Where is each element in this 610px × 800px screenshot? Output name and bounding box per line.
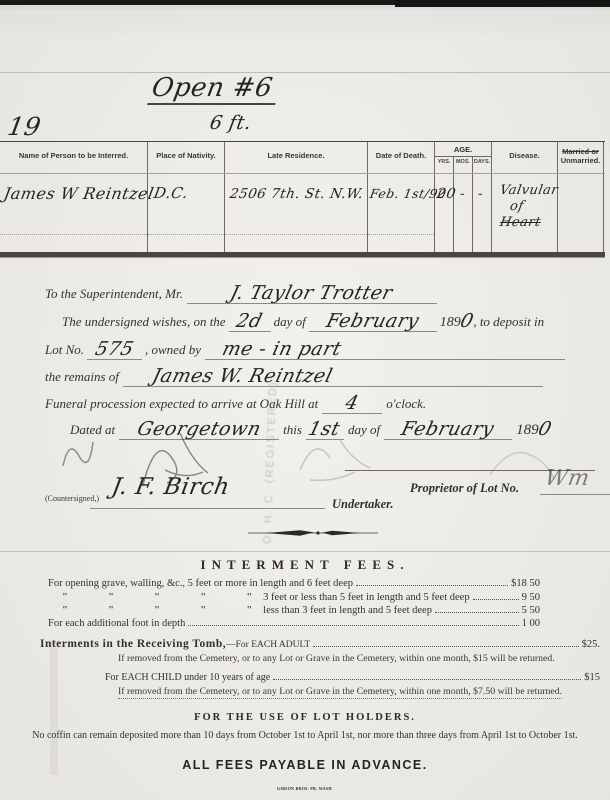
proprietor-label: Proprietor of Lot No. <box>410 481 519 496</box>
hour-blank: 4 <box>322 391 382 414</box>
child-fee-line: For EACH CHILD under 10 years of age $15 <box>105 672 600 683</box>
col-header-disease: Disease. <box>492 142 558 173</box>
lot-holders-title: FOR THE USE OF LOT HOLDERS. <box>0 712 610 723</box>
col-header-days: DAYS. <box>473 157 491 173</box>
table-record-row: James W Reintzel D.C. 2506 7th. St. N.W.… <box>0 174 605 252</box>
cell-death: Feb. 1st/90 <box>368 174 435 252</box>
cell-nativity: D.C. <box>148 174 225 252</box>
scan-edge-top-right <box>395 0 610 7</box>
receiving-tomb-line: Interments in the Receiving Tomb, —For E… <box>40 638 600 650</box>
countersigned-label: (Countersigned,) <box>45 494 99 503</box>
handwritten-remains-name: James W. Reintzel <box>150 365 335 387</box>
printed-year: 189 <box>440 315 461 331</box>
cell-age-yrs: 20 <box>435 174 454 252</box>
letter-line-lot: Lot No. 575 , owned by me - in part <box>45 337 565 360</box>
swelled-rule-divider <box>248 528 378 538</box>
writing-line <box>225 234 367 235</box>
cell-age-mos: - <box>454 174 473 252</box>
cell-married <box>558 174 604 252</box>
writing-line <box>148 234 224 235</box>
handwritten-month: February <box>324 310 422 332</box>
proprietor-signature: Wm <box>543 466 592 491</box>
lot-number-blank: 575 <box>87 337 142 360</box>
to-superintendent-label: To the Superintendent, Mr. <box>45 286 183 302</box>
letter-line-remains: the remains of James W. Reintzel <box>45 364 543 387</box>
dotted-leader <box>313 646 578 647</box>
receiving-tomb-label: Interments in the Receiving Tomb, <box>40 638 226 650</box>
pencil-scribble <box>55 428 135 478</box>
interment-record-table: Name of Person to be Interred. Place of … <box>0 141 605 255</box>
remains-blank: James W. Reintzel <box>123 364 543 387</box>
fee-line-2: " " " " " 3 feet or less than 5 feet in … <box>62 592 540 603</box>
month-blank: February <box>309 309 437 332</box>
handwritten-day: 2d <box>234 310 265 332</box>
col-header-mos: MOS. <box>454 157 473 173</box>
col-header-married: Married or Unmarried. <box>558 142 604 173</box>
fee-line-3: " " " " " less than 3 feet in length and… <box>62 605 540 616</box>
remains-label: the remains of <box>45 369 119 385</box>
letter-line-procession: Funeral procession expected to arrive at… <box>45 391 426 414</box>
handwritten-open-number: Open #6 <box>147 73 281 105</box>
undertaker-label: Undertaker. <box>332 497 393 512</box>
lot-holders-note: No coffin can remain deposited more than… <box>0 730 610 741</box>
col-header-nativity: Place of Nativity. <box>148 142 225 173</box>
pencil-scribble-faint <box>290 420 390 490</box>
cell-name: James W Reintzel <box>0 174 148 252</box>
proprietor-sig-line <box>540 494 610 495</box>
fee-line-1: For opening grave, walling, &c., 5 feet … <box>48 578 540 589</box>
undertaker-signature: J. F. Birch <box>110 474 232 500</box>
owned-by-blank: me - in part <box>205 337 565 360</box>
fee-line-4: For each additional foot in depth 1 00 <box>48 618 540 629</box>
cell-residence: 2506 7th. St. N.W. <box>225 174 368 252</box>
tomb-note-adult: If removed from the Cemetery, or to any … <box>118 653 555 664</box>
dotted-leader <box>473 599 519 600</box>
table-header-row: Name of Person to be Interred. Place of … <box>0 142 605 174</box>
handwritten-superintendent-name: J. Taylor Trotter <box>228 282 395 304</box>
all-fees-notice: ALL FEES PAYABLE IN ADVANCE. <box>0 758 610 772</box>
handwritten-year-prefix: 19 <box>5 112 43 141</box>
col-header-yrs: YRS. <box>435 157 454 173</box>
cell-age-days: - <box>473 174 492 252</box>
dotted-leader <box>273 679 581 680</box>
handwritten-owned-by: me - in part <box>220 338 344 360</box>
section-divider-rule <box>0 551 610 552</box>
dotted-leader <box>356 585 508 586</box>
undertaker-sig-line <box>90 508 325 509</box>
tomb-note-child: If removed from the Cemetery, or to any … <box>118 686 562 699</box>
faint-horizontal-rule <box>0 72 610 73</box>
col-header-name: Name of Person to be Interred. <box>0 142 148 173</box>
superintendent-name-blank: J. Taylor Trotter <box>187 281 437 304</box>
day-blank: 2d <box>229 309 271 332</box>
table-bottom-rule <box>0 252 605 255</box>
interment-fees-title: INTERMENT FEES. <box>0 557 610 573</box>
letter-line-deposit: The undersigned wishes, on the 2d day of… <box>62 309 544 332</box>
dotted-leader <box>435 612 519 613</box>
lot-no-label: Lot No. <box>45 342 84 358</box>
col-header-age: AGE. YRS. MOS. DAYS. <box>435 142 492 173</box>
handwritten-hour: 4 <box>343 392 361 414</box>
handwritten-lot-number: 575 <box>93 338 136 360</box>
col-header-death: Date of Death. <box>368 142 435 173</box>
printer-mark: GIBSON BROS. PR. WASH. <box>0 786 610 791</box>
writing-line <box>0 234 147 235</box>
scanned-form-page: Open #6 19 6 ft. Name of Person to be In… <box>0 0 610 800</box>
letter-line-to: To the Superintendent, Mr. J. Taylor Tro… <box>45 281 437 304</box>
handwritten-depth-note: 6 ft. <box>208 112 253 134</box>
cell-disease: Valvular of Heart <box>492 174 558 252</box>
dotted-leader <box>188 625 518 626</box>
scan-streak <box>50 640 58 775</box>
col-header-residence: Late Residence. <box>225 142 368 173</box>
writing-line <box>368 234 434 235</box>
